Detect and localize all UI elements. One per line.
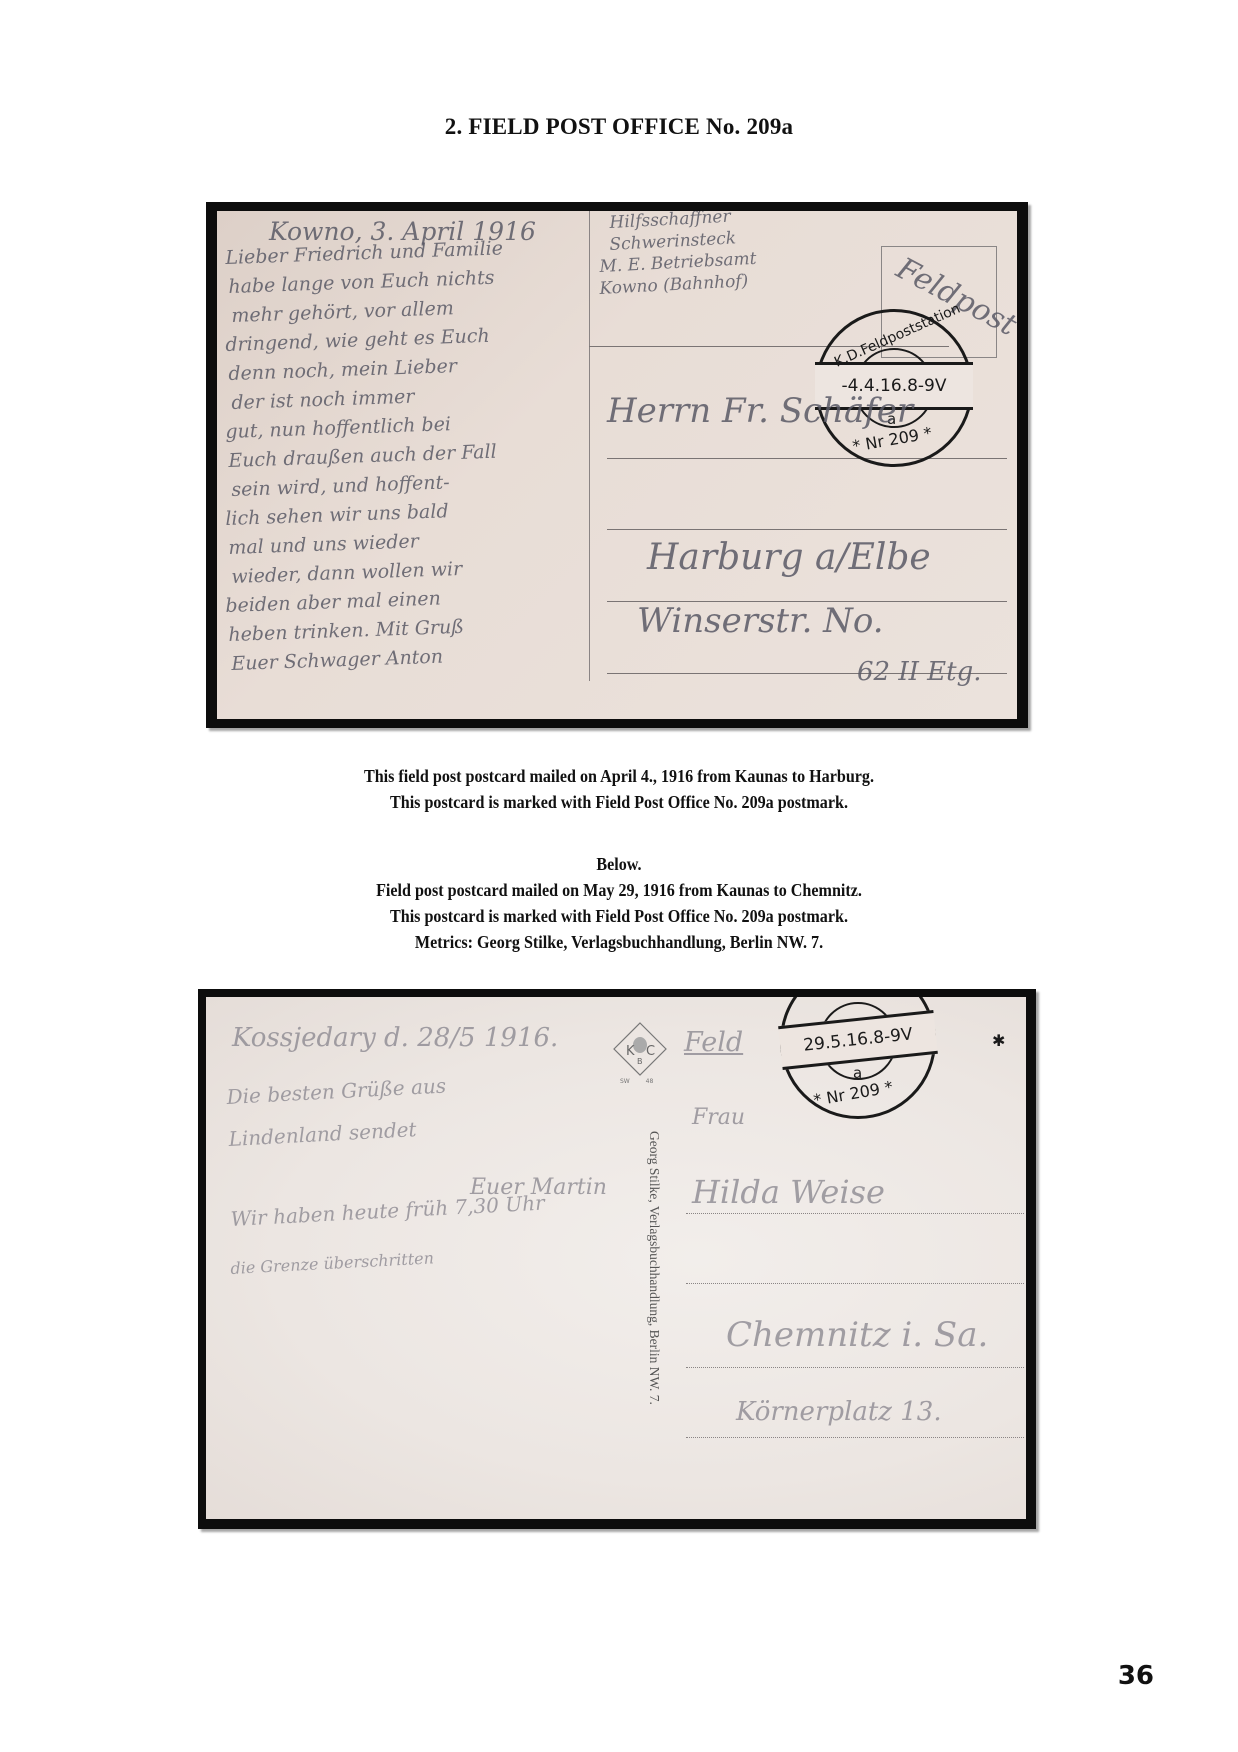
message-line: Euer Schwager Anton bbox=[231, 646, 443, 675]
message-line: Lindenland sendet bbox=[228, 1117, 417, 1151]
postcard-1: Kowno, 3. April 1916 Feldpost -4.4.16.8-… bbox=[217, 211, 1017, 719]
address-rule bbox=[607, 529, 1007, 530]
address-rule bbox=[686, 1283, 1024, 1284]
caption-postcard-1: This field post postcard mailed on April… bbox=[50, 763, 1189, 815]
recipient-line: Frau bbox=[692, 1105, 745, 1130]
message-line: habe lange von Euch nichts bbox=[228, 267, 495, 298]
message-line: heben trinken. Mit Gruß bbox=[228, 616, 464, 646]
message-line: lich sehen wir uns bald bbox=[225, 500, 449, 530]
svg-text:K: K bbox=[626, 1044, 635, 1059]
recipient-line: 62 II Etg. bbox=[857, 657, 982, 687]
caption-line: Field post postcard mailed on May 29, 19… bbox=[50, 877, 1189, 903]
svg-text:C: C bbox=[646, 1044, 655, 1059]
postmark-bottom-text: * Nr 209 * bbox=[812, 1077, 894, 1110]
postmark-letter: a bbox=[853, 1064, 862, 1082]
message-line: Euch draußen auch der Fall bbox=[228, 441, 497, 472]
message-line: gut, nun hoffentlich bei bbox=[225, 413, 451, 443]
postmark-date: 29.5.16.8-9V bbox=[778, 1010, 938, 1070]
caption-line: Metrics: Georg Stilke, Verlagsbuchhandlu… bbox=[50, 929, 1189, 955]
rooster-logo-icon: K C B bbox=[612, 1021, 668, 1077]
divider-line bbox=[589, 211, 590, 681]
postcard-1-frame: Kowno, 3. April 1916 Feldpost -4.4.16.8-… bbox=[206, 202, 1028, 728]
message-line: mal und uns wieder bbox=[228, 530, 419, 559]
message-line: dringend, wie geht es Euch bbox=[225, 325, 490, 356]
message-line: Die besten Grüße aus bbox=[226, 1074, 447, 1109]
caption-line: This postcard is marked with Field Post … bbox=[50, 903, 1189, 929]
address-rule bbox=[686, 1213, 1024, 1214]
postmark-1: -4.4.16.8-9V K.D.Feldpoststation a * Nr … bbox=[815, 309, 973, 467]
postcard-2-frame: Kossjedary d. 28/5 1916. K C B SW 48 Fel… bbox=[198, 989, 1036, 1529]
message-line: wieder, dann wollen wir bbox=[231, 558, 463, 588]
recipient-line: Hilda Weise bbox=[692, 1173, 885, 1211]
message-line: die Grenze überschritten bbox=[230, 1248, 434, 1278]
publisher-imprint: Georg Stilke, Verlagsbuchhandlung, Berli… bbox=[646, 1131, 662, 1405]
svg-text:B: B bbox=[637, 1057, 643, 1066]
recipient-line: Harburg a/Elbe bbox=[647, 537, 931, 578]
message-line: Lieber Friedrich und Familie bbox=[225, 237, 503, 269]
message-line: mehr gehört, vor allem bbox=[231, 297, 454, 327]
caption-line: Below. bbox=[50, 851, 1189, 877]
message-line: Wir haben heute früh 7,30 Uhr bbox=[230, 1191, 545, 1231]
caption-line: This postcard is marked with Field Post … bbox=[50, 789, 1189, 815]
postcard-2: Kossjedary d. 28/5 1916. K C B SW 48 Fel… bbox=[206, 997, 1026, 1519]
caption-postcard-2: Below. Field post postcard mailed on May… bbox=[50, 851, 1189, 955]
postmark-2: 29.5.16.8-9V a * Nr 209 * bbox=[780, 997, 936, 1119]
message-heading: Kossjedary d. 28/5 1916. bbox=[232, 1023, 558, 1053]
message-line: denn noch, mein Lieber bbox=[228, 355, 457, 385]
message-line: der ist noch immer bbox=[231, 386, 415, 414]
recipient-line: Körnerplatz 13. bbox=[736, 1397, 942, 1427]
address-rule bbox=[686, 1367, 1024, 1368]
address-rule bbox=[607, 458, 1007, 459]
page-title: 2. FIELD POST OFFICE No. 209a bbox=[0, 114, 1238, 140]
message-line: sein wird, und hoffent- bbox=[231, 471, 450, 501]
recipient-line: Winserstr. No. bbox=[637, 601, 884, 641]
recipient-line: Herrn Fr. Schäfer bbox=[607, 391, 913, 431]
page-number: 36 bbox=[1118, 1661, 1154, 1691]
message-line: beiden aber mal einen bbox=[225, 587, 441, 617]
address-rule bbox=[686, 1437, 1024, 1438]
edge-mark: ✱ bbox=[992, 1031, 1005, 1050]
feldpost-mark: Feld bbox=[684, 1027, 743, 1058]
logo-codes: SW 48 bbox=[620, 1078, 653, 1085]
caption-line: This field post postcard mailed on April… bbox=[50, 763, 1189, 789]
recipient-line: Chemnitz i. Sa. bbox=[726, 1315, 988, 1355]
